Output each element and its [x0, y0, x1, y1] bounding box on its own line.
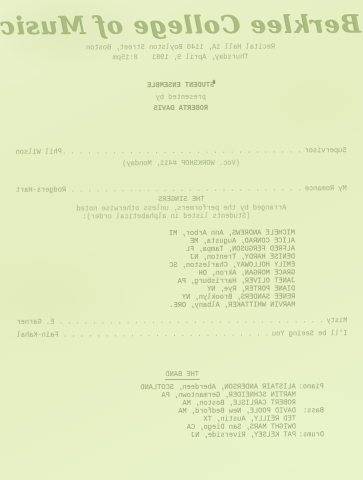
- supervisor-label: Supervisor: [305, 147, 347, 155]
- song-credit: Fain-Kahal: [16, 332, 58, 340]
- band-heading: THE BAND: [1, 370, 363, 380]
- singers-list: MICHELE ANDREWS, Ann Arbor, MI ALICE CON…: [0, 229, 295, 311]
- band-heading-text: THE BAND: [164, 371, 200, 380]
- song-line-3: I'll be Seeing You . . . . . . . . . . .…: [16, 330, 347, 340]
- instrument-label: [296, 391, 324, 399]
- supervisor-line: Supervisor . . . . . . . . . . . . . . .…: [16, 147, 347, 157]
- date-time-line: Thursday, April 9, 19818:15pm: [0, 53, 362, 63]
- workshop-detail: (Voc. WORKSHOP #411, Monday): [0, 159, 363, 169]
- dot-leader: . . . . . . . . . . . . . . . . . . . . …: [66, 185, 305, 194]
- song-line-1: My Romance . . . . . . . . . . . . . . .…: [16, 185, 347, 195]
- berklee-logo: Berklee College of Music: [0, 11, 362, 39]
- song-title: My Romance: [305, 185, 347, 193]
- instrument-label: Piano:: [296, 383, 324, 391]
- dot-leader: . . . . . . . . . . . . . . . . . . . . …: [62, 147, 305, 156]
- event-time: 8:15pm: [113, 54, 138, 62]
- instrument-label: Bass:: [296, 407, 324, 415]
- supervisor-name: Phil Wilson: [16, 149, 62, 157]
- mirrored-bleedthrough-imprint: Berklee College of Music Recital Hall 1A…: [0, 0, 363, 480]
- band-row: Drums: PAT KELSEY, Riverside, NJ: [1, 431, 324, 441]
- event-date: Thursday, April 9, 1981: [152, 54, 249, 63]
- song-credit: Rodgers-Hart: [16, 187, 66, 195]
- band-member: PAT KELSEY, Riverside, NJ: [191, 431, 296, 440]
- scanned-program-page: Berklee College of Music Recital Hall 1A…: [0, 0, 363, 480]
- presented-by-label: presented by: [0, 93, 362, 103]
- song-credit: E. Garner: [16, 319, 54, 327]
- dot-leader: . . . . . . . . . . . . . . . . . . . . …: [58, 331, 271, 340]
- presenter-name: ROBERTA DAVIS: [0, 104, 362, 114]
- song-title: I'll be Seeing You: [272, 330, 348, 338]
- instrument-label: Drums:: [296, 431, 324, 439]
- band-roster: Piano: ALISTAIR ANDERSON, Aberdeen, SCOT…: [1, 383, 324, 441]
- venue-address: Recital Hall 1A, 1140 Boylston Street, B…: [0, 43, 362, 53]
- instrument-label: [296, 423, 324, 431]
- instrument-label: [296, 399, 324, 407]
- song-title: Misty: [326, 317, 347, 325]
- dot-leader: . . . . . . . . . . . . . . . . . . . . …: [54, 317, 326, 326]
- alphabetical-note: (Students listed in alphabetical order):: [0, 212, 333, 222]
- singer-row: MARVIN WHITTAKER, Albany, ORE.: [0, 301, 295, 311]
- program-title: STUDENT ENSEMBLE: [0, 81, 362, 91]
- song-line-2: Misty . . . . . . . . . . . . . . . . . …: [16, 317, 347, 327]
- instrument-label: [296, 415, 324, 423]
